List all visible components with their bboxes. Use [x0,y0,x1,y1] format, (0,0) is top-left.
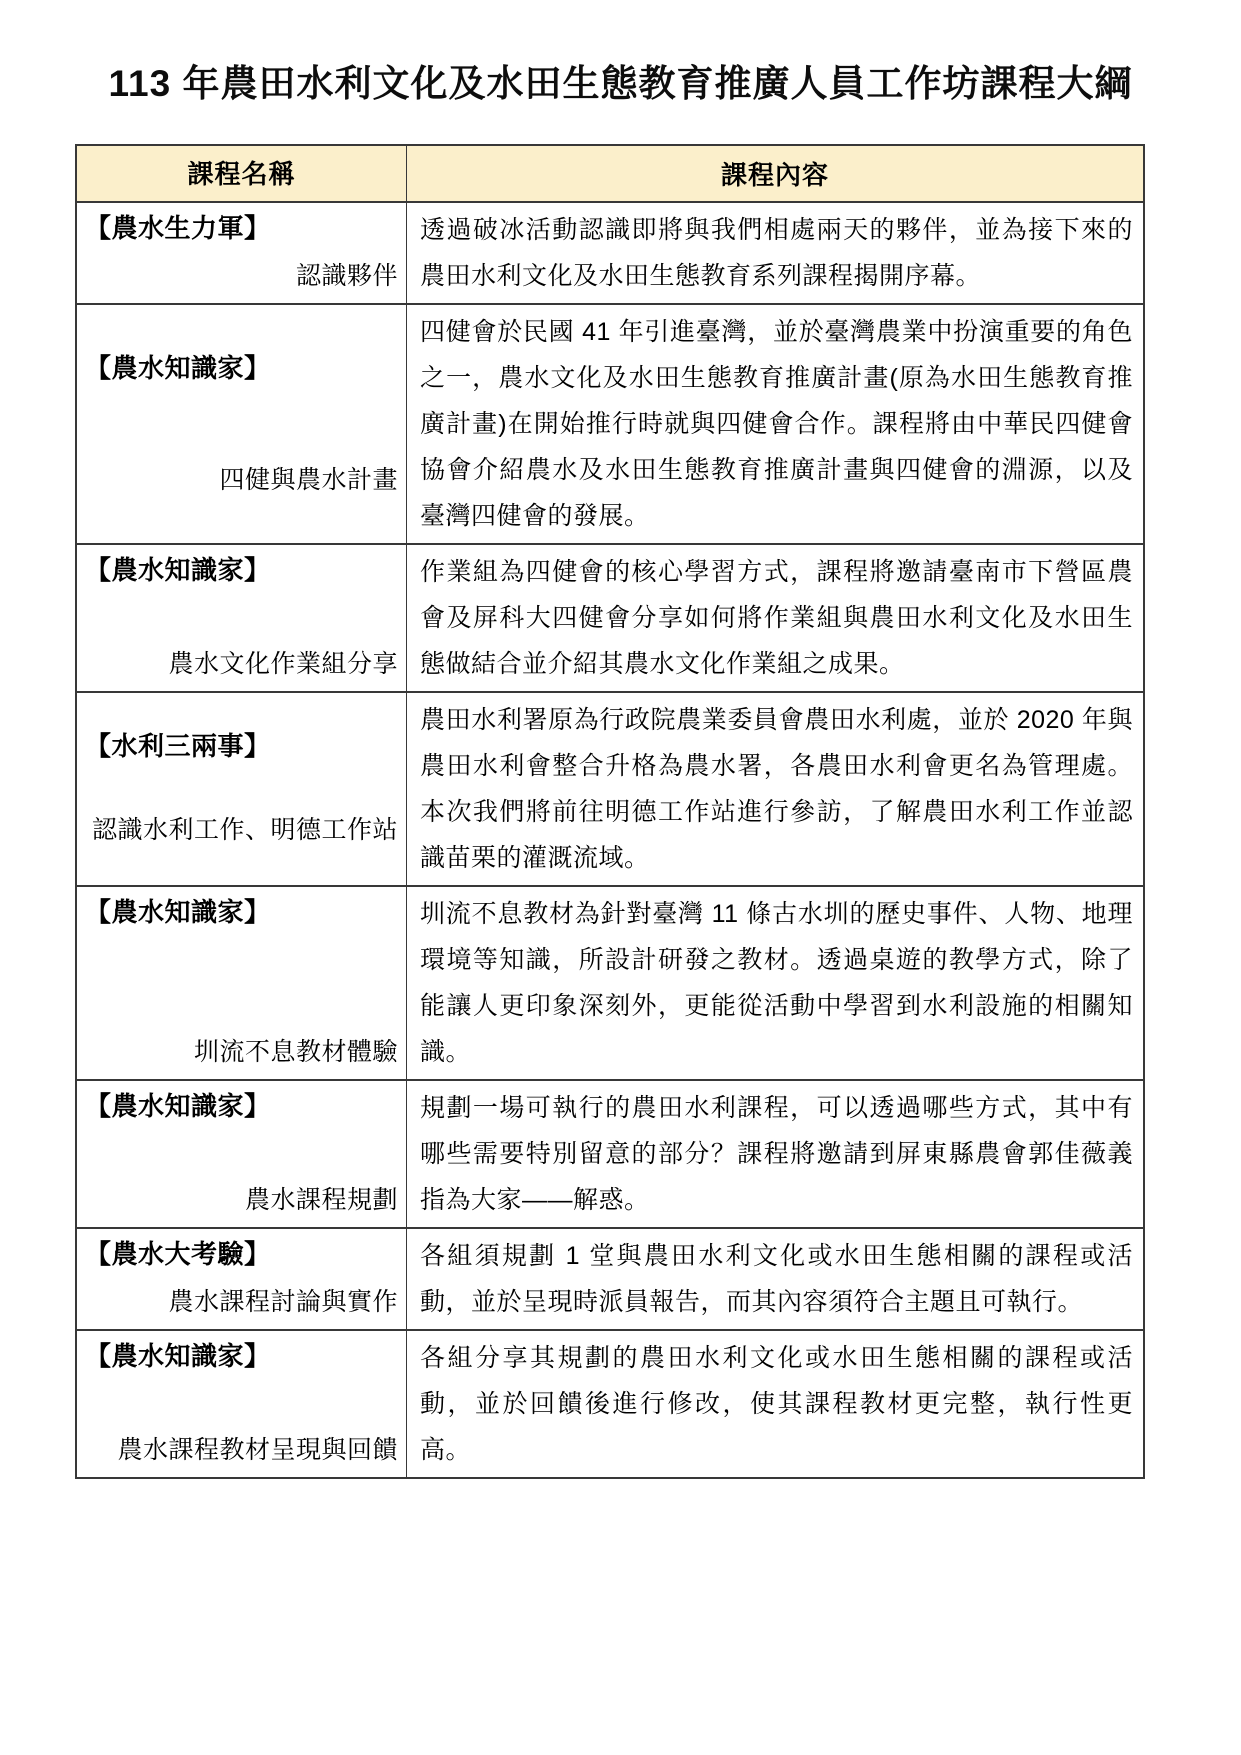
course-category: 【農水生力軍】 [85,211,398,245]
header-cell-course-name: 課程名稱 [77,146,407,201]
column-header-course-content: 課程內容 [721,155,829,192]
course-category: 【農水大考驗】 [85,1237,398,1271]
course-name-cell: 【農水知識家】 圳流不息教材體驗 [77,887,407,1079]
table-row: 【農水知識家】 四健與農水計畫 四健會於民國 41 年引進臺灣，並於臺灣農業中扮… [77,303,1143,543]
course-content-cell: 作業組為四健會的核心學習方式，課程將邀請臺南市下營區農會及屏科大四健會分享如何將… [407,545,1143,691]
course-name-cell: 【農水知識家】 農水課程教材呈現與回饋 [77,1331,407,1477]
course-subtitle: 認識水利工作、明德工作站 [85,813,398,847]
column-header-course-name: 課程名稱 [187,157,295,191]
course-subtitle: 圳流不息教材體驗 [85,1035,398,1069]
course-description: 圳流不息教材為針對臺灣 11 條古水圳的歷史事件、人物、地理環境等知識，所設計研… [420,891,1133,1075]
course-category: 【農水知識家】 [85,895,398,929]
course-subtitle: 認識夥伴 [85,259,398,293]
course-content-cell: 四健會於民國 41 年引進臺灣，並於臺灣農業中扮演重要的角色之一，農水文化及水田… [407,305,1143,543]
course-content-cell: 各組分享其規劃的農田水利文化或水田生態相關的課程或活動，並於回饋後進行修改，使其… [407,1331,1143,1477]
course-description: 透過破冰活動認識即將與我們相處兩天的夥伴，並為接下來的農田水利文化及水田生態教育… [420,207,1133,299]
course-name-cell: 【水利三兩事】 認識水利工作、明德工作站 [77,693,407,885]
course-description: 四健會於民國 41 年引進臺灣，並於臺灣農業中扮演重要的角色之一，農水文化及水田… [420,309,1133,539]
table-row: 【水利三兩事】 認識水利工作、明德工作站 農田水利署原為行政院農業委員會農田水利… [77,691,1143,885]
course-subtitle: 農水課程教材呈現與回饋 [85,1433,398,1467]
course-category: 【水利三兩事】 [85,729,398,763]
course-name-cell: 【農水知識家】 四健與農水計畫 [77,305,407,543]
course-description: 各組須規劃 1 堂與農田水利文化或水田生態相關的課程或活動，並於呈現時派員報告，… [420,1233,1133,1325]
course-subtitle: 農水課程規劃 [85,1183,398,1217]
course-content-cell: 圳流不息教材為針對臺灣 11 條古水圳的歷史事件、人物、地理環境等知識，所設計研… [407,887,1143,1079]
course-subtitle: 四健與農水計畫 [85,463,398,497]
course-category: 【農水知識家】 [85,1089,398,1123]
course-subtitle: 農水課程討論與實作 [85,1285,398,1319]
table-row: 【農水知識家】 農水文化作業組分享 作業組為四健會的核心學習方式，課程將邀請臺南… [77,543,1143,691]
course-category: 【農水知識家】 [85,1339,398,1373]
table-row: 【農水知識家】 圳流不息教材體驗 圳流不息教材為針對臺灣 11 條古水圳的歷史事… [77,885,1143,1079]
header-cell-course-content: 課程內容 [407,146,1143,201]
course-category: 【農水知識家】 [85,351,398,385]
course-description: 作業組為四健會的核心學習方式，課程將邀請臺南市下營區農會及屏科大四健會分享如何將… [420,549,1133,687]
page-title: 113 年農田水利文化及水田生態教育推廣人員工作坊課程大綱 [0,60,1241,108]
table-header-row: 課程名稱 課程內容 [77,146,1143,201]
course-outline-table: 課程名稱 課程內容 【農水生力軍】 認識夥伴 透過破冰活動認識即將與我們相處兩天… [75,144,1145,1479]
course-description: 規劃一場可執行的農田水利課程，可以透過哪些方式，其中有哪些需要特別留意的部分？課… [420,1085,1133,1223]
table-row: 【農水生力軍】 認識夥伴 透過破冰活動認識即將與我們相處兩天的夥伴，並為接下來的… [77,201,1143,303]
course-name-cell: 【農水大考驗】 農水課程討論與實作 [77,1229,407,1329]
course-description: 各組分享其規劃的農田水利文化或水田生態相關的課程或活動，並於回饋後進行修改，使其… [420,1335,1133,1473]
table-row: 【農水知識家】 農水課程教材呈現與回饋 各組分享其規劃的農田水利文化或水田生態相… [77,1329,1143,1477]
table-row: 【農水知識家】 農水課程規劃 規劃一場可執行的農田水利課程，可以透過哪些方式，其… [77,1079,1143,1227]
course-subtitle: 農水文化作業組分享 [85,647,398,681]
course-content-cell: 規劃一場可執行的農田水利課程，可以透過哪些方式，其中有哪些需要特別留意的部分？課… [407,1081,1143,1227]
course-name-cell: 【農水生力軍】 認識夥伴 [77,203,407,303]
course-content-cell: 各組須規劃 1 堂與農田水利文化或水田生態相關的課程或活動，並於呈現時派員報告，… [407,1229,1143,1329]
course-description: 農田水利署原為行政院農業委員會農田水利處，並於 2020 年與農田水利會整合升格… [420,697,1133,881]
course-content-cell: 農田水利署原為行政院農業委員會農田水利處，並於 2020 年與農田水利會整合升格… [407,693,1143,885]
course-name-cell: 【農水知識家】 農水課程規劃 [77,1081,407,1227]
course-name-cell: 【農水知識家】 農水文化作業組分享 [77,545,407,691]
course-content-cell: 透過破冰活動認識即將與我們相處兩天的夥伴，並為接下來的農田水利文化及水田生態教育… [407,203,1143,303]
table-row: 【農水大考驗】 農水課程討論與實作 各組須規劃 1 堂與農田水利文化或水田生態相… [77,1227,1143,1329]
course-category: 【農水知識家】 [85,553,398,587]
